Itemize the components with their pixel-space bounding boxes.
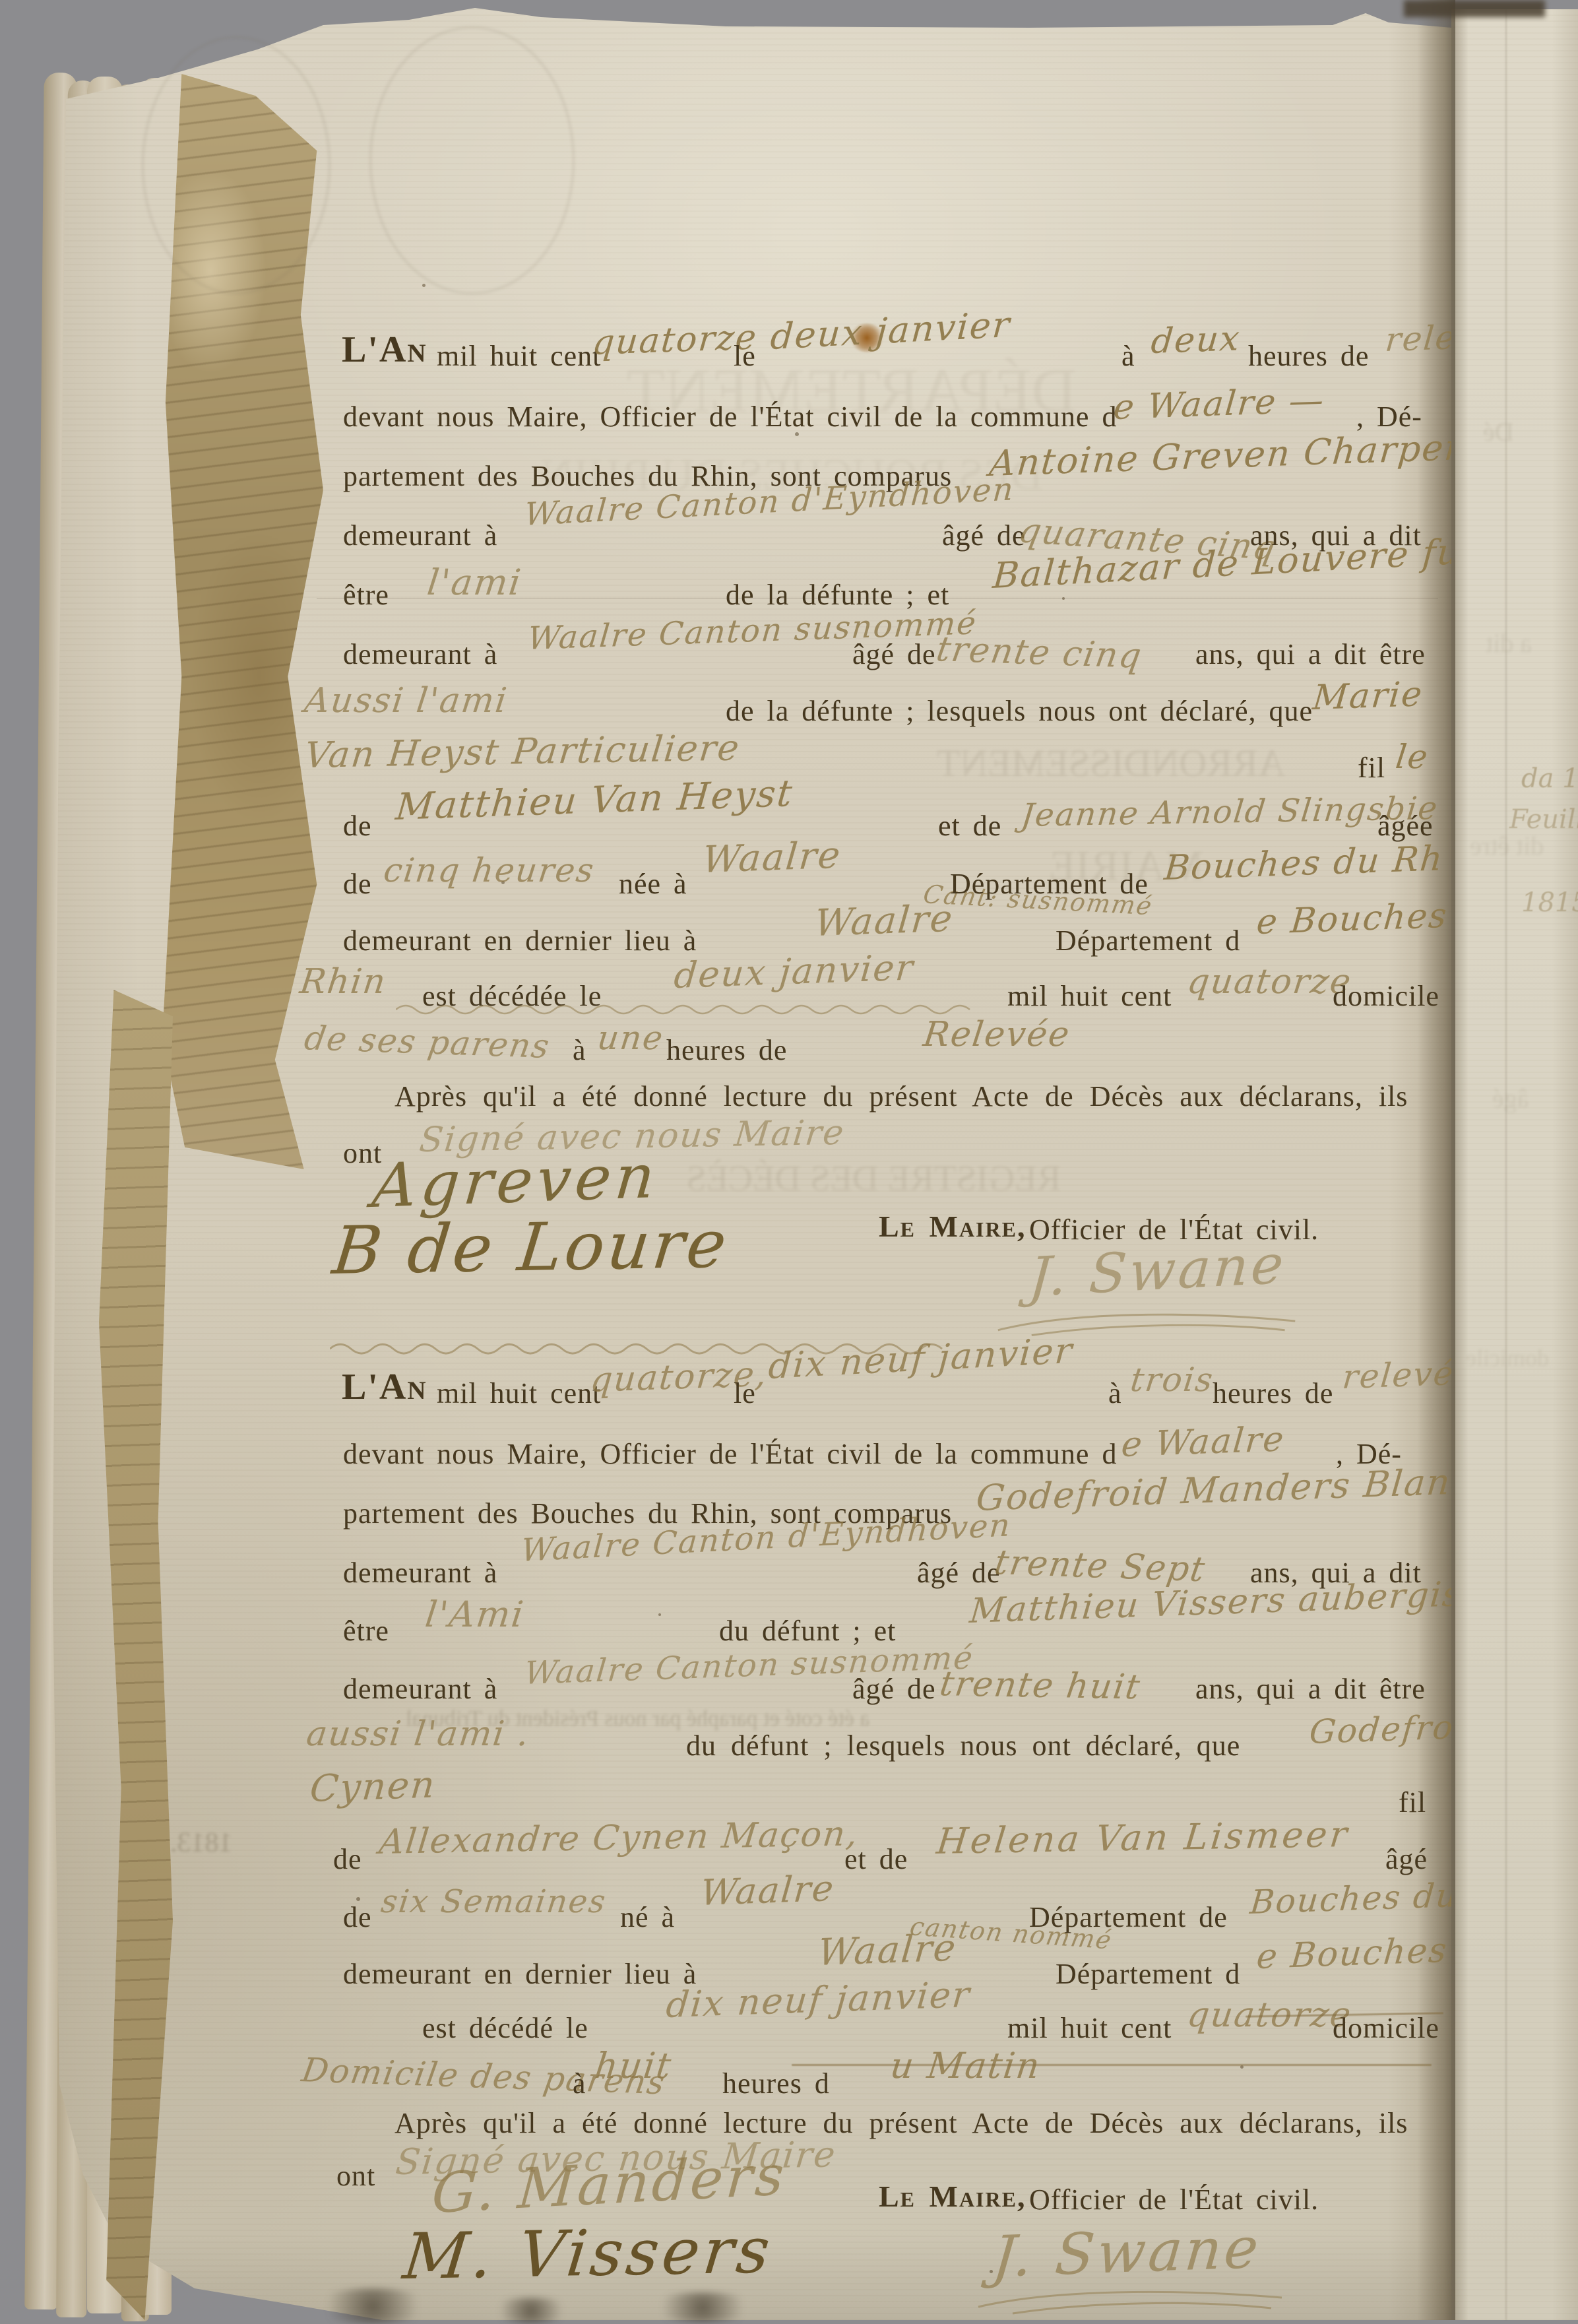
printed-form-text: être xyxy=(343,1617,389,1646)
handwritten-text: e Bouches du xyxy=(1255,1931,1451,1974)
handwritten-text: e Bouches du xyxy=(1255,897,1451,940)
handwritten-text: trente huit xyxy=(937,1667,1143,1704)
printed-form-text: demeurant en dernier lieu à xyxy=(343,926,697,955)
printed-form-text: ans, qui a dit être xyxy=(1195,640,1426,669)
printed-form-text: âgée xyxy=(1377,812,1434,841)
handwritten-text: l'ami xyxy=(426,565,524,600)
printed-form-text: âgé de xyxy=(917,1559,1001,1588)
printed-form-text: du défunt ; lesquels nous ont déclaré, q… xyxy=(686,1731,1240,1760)
handwritten-text: Agreven xyxy=(370,1146,661,1217)
handwritten-text: G. Manders xyxy=(430,2147,788,2221)
handwritten-text: Helena Van Lismeer xyxy=(935,1817,1351,1859)
printed-form-text: mil huit cent xyxy=(437,1379,601,1408)
printed-form-text: demeurant en dernier lieu à xyxy=(343,1960,697,1989)
printed-form-text: Le Maire, xyxy=(879,2181,1026,2212)
printed-form-text: mil huit cent xyxy=(1007,982,1172,1011)
printed-form-text: de la défunte ; lesquels nous ont déclar… xyxy=(726,697,1313,726)
printed-form-text: demeurant à xyxy=(343,1559,497,1588)
entries-text-layer: L'Anmil huit centquatorzeledeux janvierà… xyxy=(0,0,1451,2320)
handwritten-text: Rhin xyxy=(298,965,389,999)
edge-smudge xyxy=(310,2288,435,2320)
printed-form-text: âgé de xyxy=(852,1675,936,1704)
printed-form-text: ans, qui a dit être xyxy=(1195,1675,1426,1704)
printed-form-text: Département d xyxy=(1056,926,1240,955)
printed-form-text: le xyxy=(734,1379,756,1408)
printed-form-text: âgé de xyxy=(942,521,1026,550)
ink-squiggle xyxy=(330,1338,963,1358)
printed-form-text: fil xyxy=(1399,1788,1426,1817)
handwritten-text: aussi l'ami . xyxy=(305,1717,532,1751)
printed-form-text: heures de xyxy=(1248,342,1369,371)
printed-form-text: du défunt ; et xyxy=(719,1617,896,1646)
handwritten-text: Van Heyst Particuliere xyxy=(303,730,742,773)
margin-note: da 1. xyxy=(1521,765,1578,792)
printed-form-text: demeurant à xyxy=(343,521,497,550)
printed-form-text: et de xyxy=(844,1845,908,1874)
handwritten-text: Cynen xyxy=(309,1766,437,1808)
bleedthrough-text: Dé xyxy=(1483,419,1514,445)
handwritten-text: Aussi l'ami xyxy=(303,684,510,718)
handwritten-text: Bouches du Rh xyxy=(1249,1877,1451,1919)
printed-form-text: mil huit cent xyxy=(437,342,601,371)
printed-form-text: demeurant à xyxy=(343,640,497,669)
handwritten-text: Relevée xyxy=(922,1017,1073,1052)
handwritten-text: Allexandre Cynen Maçon, xyxy=(377,1817,860,1859)
printed-form-text: heures de xyxy=(1213,1379,1333,1408)
handwritten-text: deux janvier xyxy=(673,950,916,994)
printed-form-text: est décédé le xyxy=(422,2014,588,2043)
handwritten-text: relevée xyxy=(1341,1356,1451,1394)
printed-form-text: de xyxy=(343,870,372,899)
handwritten-text: M. Vissers xyxy=(400,2218,776,2288)
printed-form-text: heures de xyxy=(666,1036,787,1065)
handwritten-text: Godefroi xyxy=(1308,1710,1451,1749)
printed-form-text: Après qu'il a été donné lecture du prése… xyxy=(394,1082,1408,1111)
printed-form-text: devant nous Maire, Officier de l'État ci… xyxy=(343,403,1117,432)
printed-form-text: Département de xyxy=(950,870,1149,899)
handwritten-text: e Waalre — xyxy=(1112,383,1327,425)
printed-form-text: à xyxy=(573,2069,586,2098)
handwritten-text: Waalre xyxy=(701,837,843,879)
printed-form-text: Département de xyxy=(1029,1903,1228,1932)
handwritten-text: de ses parens xyxy=(302,1021,553,1063)
printed-form-text: à xyxy=(573,1036,586,1065)
printed-form-text: ont xyxy=(336,2162,375,2191)
handwritten-text: trente Sept xyxy=(992,1545,1208,1587)
handwritten-text: trente cinq xyxy=(934,632,1145,674)
handwritten-text: cinq heures xyxy=(382,854,596,887)
printed-form-text: fil xyxy=(1358,754,1385,783)
printed-form-text: devant nous Maire, Officier de l'État ci… xyxy=(343,1440,1117,1469)
handwritten-text: B de Loure xyxy=(330,1211,732,1284)
handwritten-text: deux xyxy=(1150,321,1242,359)
handwritten-text: Waalre xyxy=(699,1871,836,1911)
handwritten-text: J. Swane xyxy=(990,2220,1263,2286)
handwritten-text: le xyxy=(1394,740,1431,773)
handwritten-text: une xyxy=(596,1021,666,1054)
printed-form-text: Officier de l'État civil. xyxy=(1029,2185,1319,2214)
handwritten-text: l'Ami xyxy=(424,1597,526,1632)
handwritten-text: Antoine Greven Charpentier xyxy=(988,427,1451,482)
printed-form-text: à xyxy=(1121,342,1135,371)
handwritten-text: Marie xyxy=(1311,677,1425,715)
printed-form-text: heures d xyxy=(722,2069,830,2098)
handwritten-text: relevée xyxy=(1384,319,1451,356)
printed-form-text: L'An xyxy=(342,331,427,368)
printed-form-text: demeurant à xyxy=(343,1675,497,1704)
bleedthrough-text: dit être xyxy=(1470,833,1544,859)
printed-form-text: Département d xyxy=(1056,1960,1240,1989)
margin-note: Feuillets, xyxy=(1509,806,1578,833)
printed-form-text: et de xyxy=(938,812,1001,841)
printed-form-text: , Dé- xyxy=(1356,403,1422,432)
printed-form-text: née à xyxy=(619,870,687,899)
printed-form-text: de xyxy=(343,1903,372,1932)
handwritten-text: Waalre xyxy=(813,901,955,942)
edge-smudge xyxy=(647,2292,759,2320)
bleedthrough-text: a dit xyxy=(1486,630,1532,657)
printed-form-text: domicile xyxy=(1333,2014,1439,2043)
printed-form-text: L'An xyxy=(342,1369,427,1405)
handwritten-text: trois xyxy=(1129,1363,1216,1396)
ink-squiggle xyxy=(396,1000,990,1017)
handwritten-text: dix neuf janvier xyxy=(665,1977,972,2023)
handwritten-text: quatorze xyxy=(1185,965,1354,999)
signature-flourish xyxy=(993,1308,1303,1338)
handwritten-text: huit xyxy=(593,2048,674,2084)
handwritten-text: six Semaines xyxy=(379,1886,608,1918)
handwritten-text: Waalre xyxy=(817,1930,959,1972)
printed-form-text: âgé xyxy=(1385,1845,1428,1874)
bleedthrough-text: domicile xyxy=(1466,1346,1549,1370)
pen-stroke xyxy=(792,2064,1432,2066)
handwritten-text: u Matin xyxy=(889,2048,1043,2084)
signature-flourish xyxy=(970,2287,1293,2317)
printed-form-text: à xyxy=(1108,1379,1122,1408)
printed-form-text: de xyxy=(343,812,372,841)
scanned-register-photo: DÉPARTEMENTDES BOUCHES DU RHINARRONDISSE… xyxy=(0,0,1578,2320)
handwritten-text: e Waalre xyxy=(1120,1422,1286,1462)
edge-smudge xyxy=(488,2298,574,2320)
handwritten-text: deux janvier xyxy=(769,307,1012,355)
bleedthrough-text: âgé xyxy=(1492,1085,1529,1112)
printed-form-text: Le Maire, xyxy=(879,1211,1026,1242)
printed-form-text: de la défunte ; et xyxy=(726,581,949,610)
printed-form-text: né à xyxy=(620,1903,675,1932)
printed-form-text: mil huit cent xyxy=(1007,2014,1172,2043)
handwritten-text: Bouches du Rh xyxy=(1163,841,1445,886)
printed-form-text: le xyxy=(734,342,756,371)
printed-form-text: être xyxy=(343,581,389,610)
handwritten-text: J. Swane xyxy=(1027,1238,1288,1305)
printed-form-text: domicile xyxy=(1333,982,1439,1011)
handwritten-text: Matthieu Van Heyst xyxy=(394,775,795,826)
printed-form-text: de xyxy=(333,1845,362,1874)
margin-note: 1815. xyxy=(1521,889,1578,916)
printed-form-text: âgé de xyxy=(852,640,936,669)
printed-form-text: Après qu'il a été donné lecture du prése… xyxy=(394,2109,1408,2138)
